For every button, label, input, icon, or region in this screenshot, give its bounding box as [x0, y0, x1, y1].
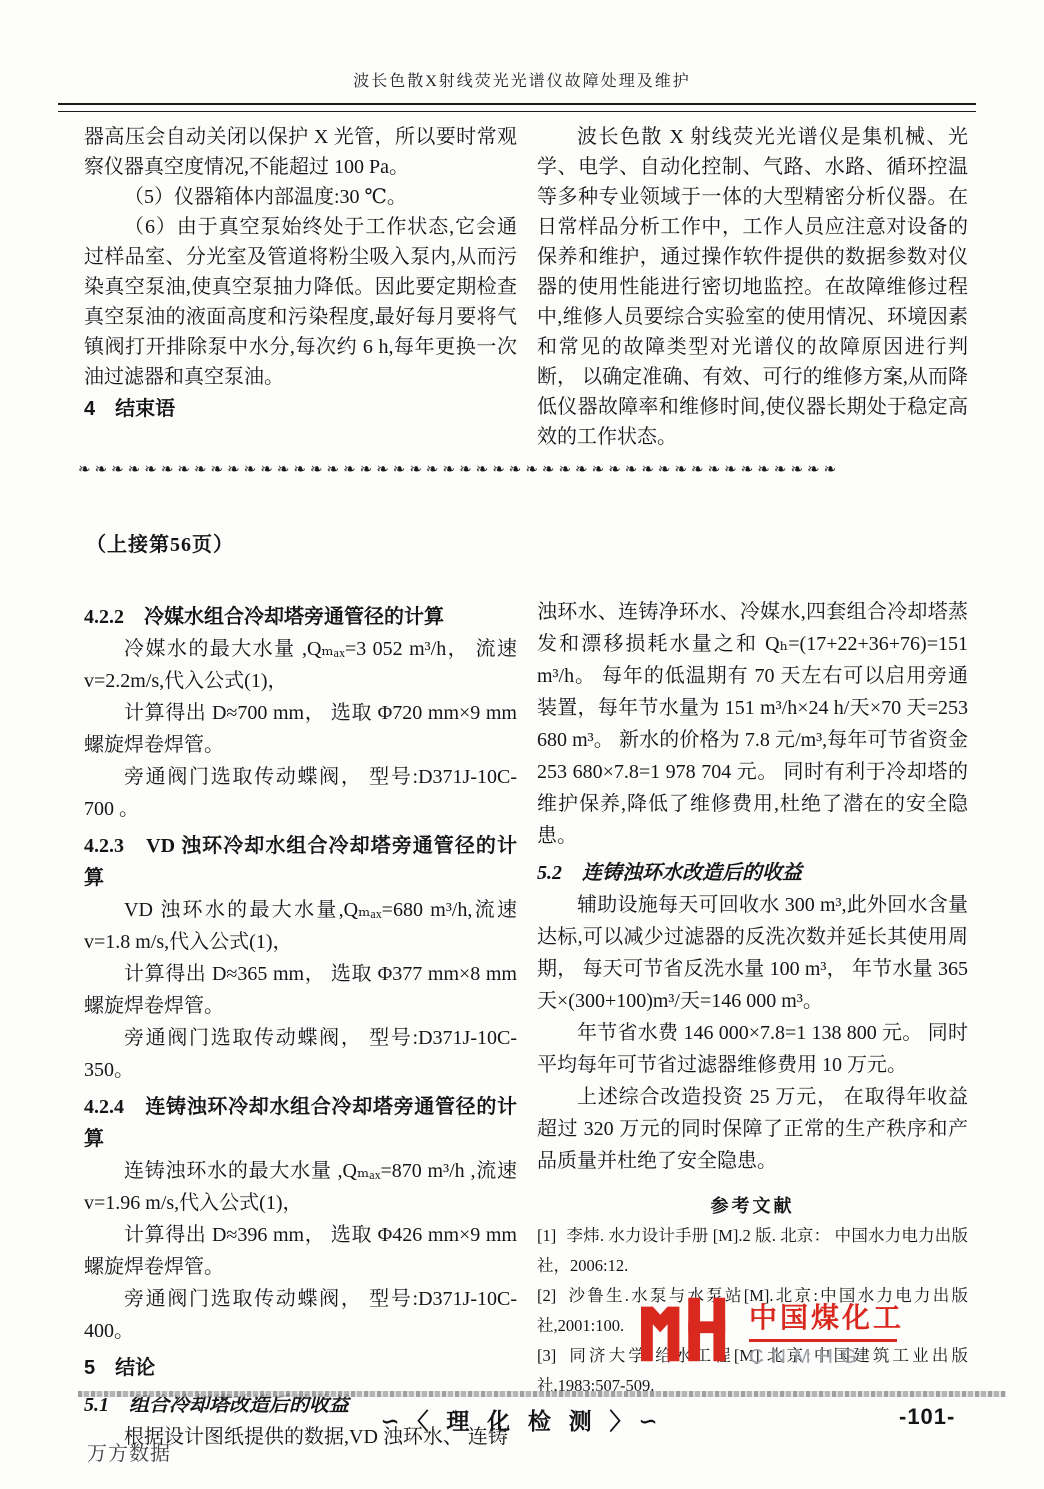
section-heading-422: 4.2.2 冷媒水组合冷却塔旁通管径的计算 [84, 601, 517, 633]
cnmhg-logo-stamp: 中国煤化工 CNMHG [641, 1294, 904, 1369]
reference-label: [3] [537, 1346, 556, 1365]
reference-text: 李炜. 水力设计手册 [M].2 版. 北京： 中国水力电力出版社，2006:1… [537, 1226, 968, 1275]
paragraph: 计算得出 D≈396 mm， 选取 Φ426 mm×9 mm 螺旋焊卷焊管。 [84, 1219, 517, 1283]
paragraph: 浊环水、连铸净环水、冷媒水,四套组合冷却塔蒸发和漂移损耗水量之和 Qₕ=(17+… [537, 596, 968, 852]
section-heading-423: 4.2.3 VD 浊环冷却水组合冷却塔旁通管径的计算 [84, 830, 517, 894]
article2-left-column: 4.2.2 冷媒水组合冷却塔旁通管径的计算 冷媒水的最大水量 ,Qₘₐₓ=3 0… [84, 596, 517, 1453]
mh-logo-icon [641, 1294, 737, 1362]
paragraph: 计算得出 D≈365 mm， 选取 Φ377 mm×8 mm 螺旋焊卷焊管。 [84, 958, 517, 1022]
logo-text-block: 中国煤化工 CNMHG [749, 1294, 904, 1369]
logo-en-name: CNMHG [749, 1346, 904, 1369]
paragraph: 上述综合改造投资 25 万元， 在取得年收益超过 320 万元的同时保障了正常的… [537, 1081, 968, 1177]
reference-label: [2] [537, 1286, 556, 1305]
paragraph: 年节省水费 146 000×7.8=1 138 800 元。 同时平均每年可节省… [537, 1017, 968, 1081]
paragraph: VD 浊环水的最大水量,Qₘₐₓ=680 m³/h,流速 v=1.8 m/s,代… [84, 894, 517, 958]
paragraph: 器高压会自动关闭以保护 X 光管，所以要时常观察仪器真空度情况,不能超过 100… [84, 122, 517, 182]
logo-cn-name: 中国煤化工 [749, 1296, 904, 1336]
journal-name-footer: ∽〈 理 化 检 测 〉∽ [0, 1403, 1044, 1436]
logo-underline [749, 1339, 897, 1342]
continued-from-note: （上接第56页） [86, 528, 234, 557]
paragraph: （6）由于真空泵始终处于工作状态,它会通过样品室、分光室及管道将粉尘吸入泵内,从… [84, 212, 517, 392]
paragraph: 波长色散 X 射线荧光光谱仪是集机械、光学、电学、自动化控制、气路、水路、循环控… [537, 122, 968, 452]
paragraph: 辅助设施每天可回收水 300 m³,此外回水含量达标,可以减少过滤器的反洗次数并… [537, 889, 968, 1017]
ornament-divider: ❧❧❧❧❧❧❧❧❧❧❧❧❧❧❧❧❧❧❧❧❧❧❧❧❧❧❧❧❧❧❧❧❧❧❧❧❧❧❧❧… [78, 460, 978, 478]
header-double-rule [58, 103, 976, 112]
section-heading-5: 5 结论 [84, 1352, 517, 1384]
running-head-title: 波长色散X射线荧光光谱仪故障处理及维护 [0, 68, 1044, 91]
paragraph: （5）仪器箱体内部温度:30 ℃。 [84, 182, 517, 212]
paragraph: 旁通阀门选取传动蝶阀， 型号:D371J-10C-350。 [84, 1022, 517, 1086]
article1-right-column: 波长色散 X 射线荧光光谱仪是集机械、光学、电学、自动化控制、气路、水路、循环控… [537, 122, 968, 452]
paragraph: 旁通阀门选取传动蝶阀， 型号:D371J-10C-700 。 [84, 761, 517, 825]
references-title: 参考文献 [537, 1191, 968, 1221]
reference-label: [1] [537, 1226, 556, 1245]
page-number: -101- [899, 1404, 955, 1430]
paragraph: 旁通阀门选取传动蝶阀， 型号:D371J-10C-400。 [84, 1283, 517, 1347]
article2-right-column: 浊环水、连铸净环水、冷媒水,四套组合冷却塔蒸发和漂移损耗水量之和 Qₕ=(17+… [537, 596, 968, 1401]
article1-left-column: 器高压会自动关闭以保护 X 光管，所以要时常观察仪器真空度情况,不能超过 100… [84, 122, 517, 424]
section-heading-52: 5.2 连铸浊环水改造后的收益 [537, 857, 968, 889]
paragraph: 冷媒水的最大水量 ,Qₘₐₓ=3 052 m³/h， 流速 v=2.2m/s,代… [84, 633, 517, 697]
scanned-journal-page: 波长色散X射线荧光光谱仪故障处理及维护 器高压会自动关闭以保护 X 光管，所以要… [0, 0, 1044, 1489]
paragraph: 连铸浊环水的最大水量 ,Qₘₐₓ=870 m³/h ,流速 v=1.96 m/s… [84, 1155, 517, 1219]
section-heading-conclusion: 4 结束语 [84, 394, 517, 424]
footer-scan-rule [78, 1391, 1006, 1397]
reference-item: [1]李炜. 水力设计手册 [M].2 版. 北京： 中国水力电力出版社，200… [537, 1221, 968, 1281]
paragraph: 计算得出 D≈700 mm， 选取 Φ720 mm×9 mm 螺旋焊卷焊管。 [84, 697, 517, 761]
wanfang-watermark: 万方数据 [87, 1437, 171, 1466]
section-heading-424: 4.2.4 连铸浊环冷却水组合冷却塔旁通管径的计算 [84, 1091, 517, 1155]
